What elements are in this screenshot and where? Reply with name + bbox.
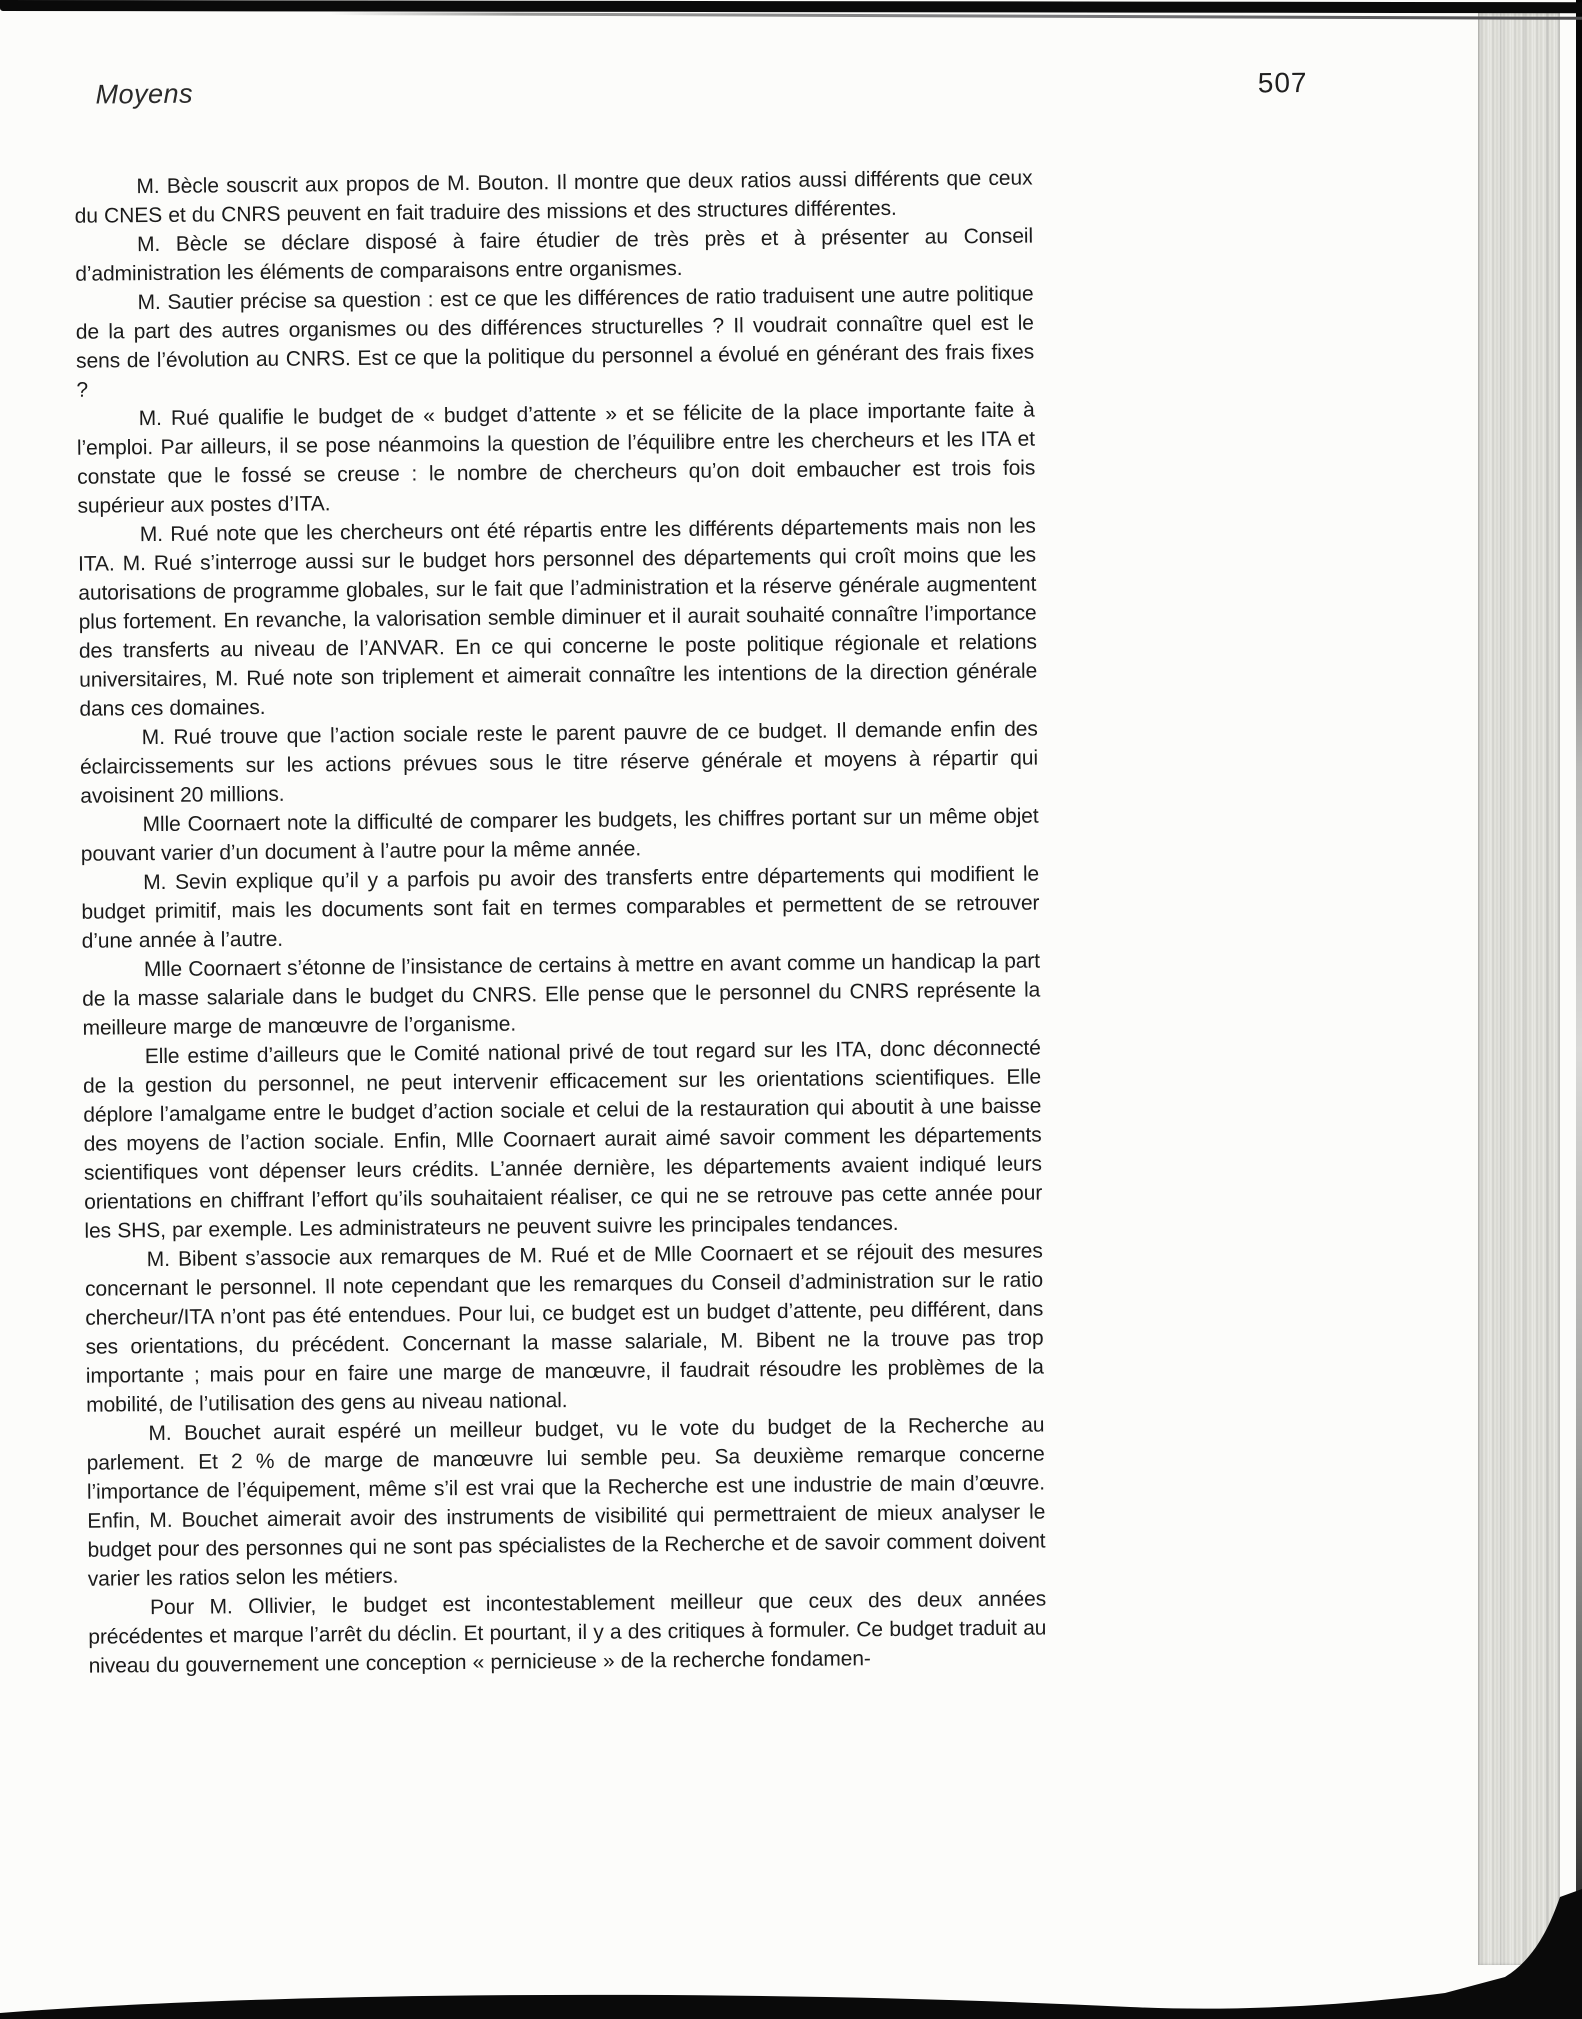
paragraph: Mlle Coornaert s’étonne de l’insistance … bbox=[82, 947, 1041, 1043]
scan-right-edge-shadow bbox=[1576, 0, 1582, 2019]
paragraph: Elle estime d’ailleurs que le Comité nat… bbox=[83, 1034, 1043, 1246]
scan-top-edge-bar bbox=[0, 0, 1582, 13]
scan-bottom-edge-bar bbox=[0, 1879, 1582, 2019]
book-page-stack-seams bbox=[1478, 13, 1560, 1965]
running-title: Moyens bbox=[95, 79, 193, 111]
paragraph: Pour M. Ollivier, le budget est incontes… bbox=[88, 1584, 1047, 1680]
paragraph: M. Bècle se déclare disposé à faire étud… bbox=[75, 222, 1034, 289]
paragraph: M. Bibent s’associe aux remarques de M. … bbox=[85, 1237, 1045, 1420]
scan-top-edge-shadow bbox=[330, 12, 1582, 20]
paragraph: Mlle Coornaert note la difficulté de com… bbox=[80, 802, 1039, 869]
scanned-book-page: Moyens 507 M. Bècle souscrit aux propos … bbox=[0, 0, 1582, 2019]
paragraph: M. Bècle souscrit aux propos de M. Bouto… bbox=[74, 164, 1033, 231]
page-body: M. Bècle souscrit aux propos de M. Bouto… bbox=[74, 164, 1046, 1681]
paragraph: M. Sevin explique qu’il y a parfois pu a… bbox=[81, 860, 1040, 956]
paragraph: M. Bouchet aurait espéré un meilleur bud… bbox=[86, 1411, 1046, 1594]
paragraph: M. Rué qualifie le budget de « budget d’… bbox=[77, 396, 1036, 521]
page-number: 507 bbox=[1258, 67, 1308, 99]
paragraph: M. Sautier précise sa question : est ce … bbox=[75, 280, 1034, 405]
page: Moyens 507 M. Bècle souscrit aux propos … bbox=[73, 67, 1322, 1681]
paragraph: M. Rué note que les chercheurs ont été r… bbox=[78, 512, 1038, 724]
paragraph: M. Rué trouve que l’action sociale reste… bbox=[80, 715, 1039, 811]
page-header: Moyens 507 bbox=[73, 67, 1307, 121]
